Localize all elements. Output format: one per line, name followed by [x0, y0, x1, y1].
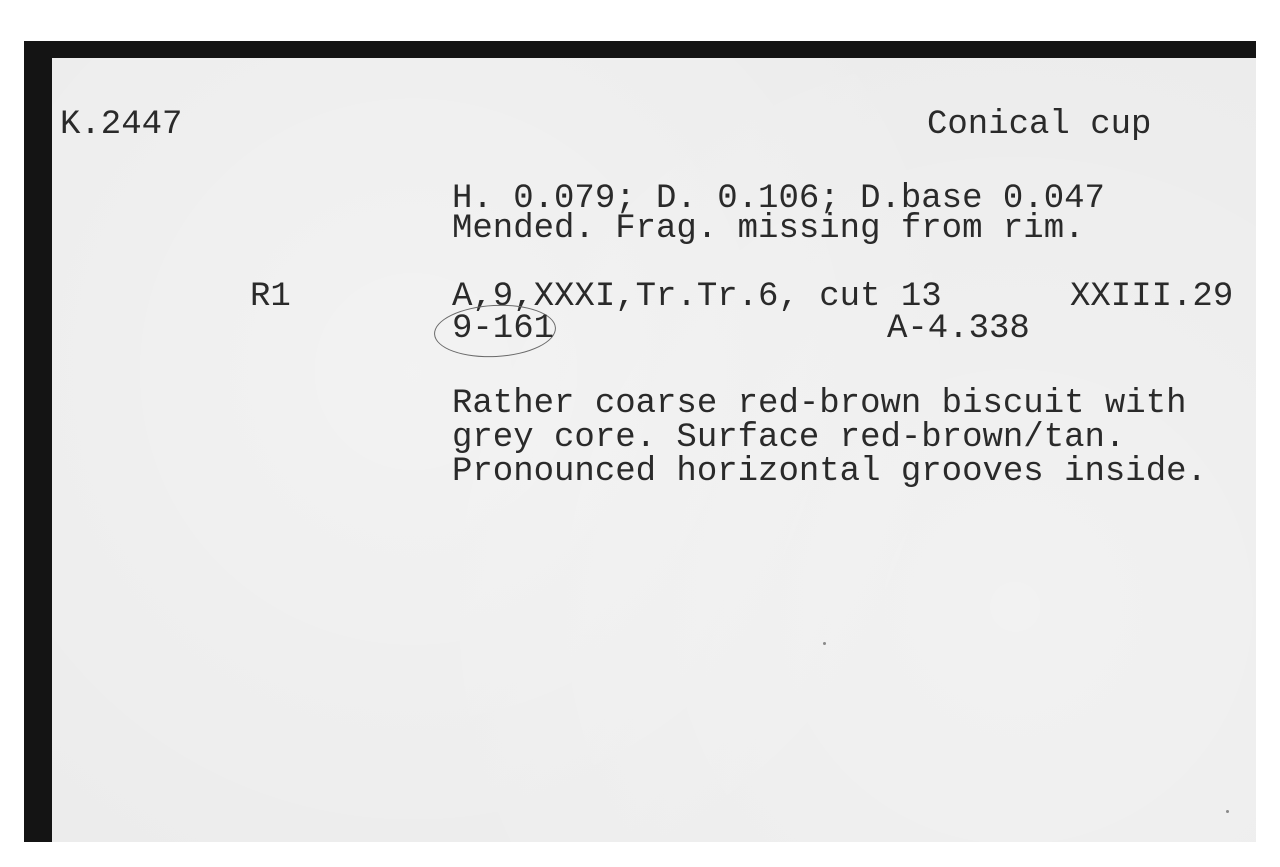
description-line: Pronounced horizontal grooves inside. [452, 455, 1207, 489]
field-number: 9-161 [452, 312, 554, 346]
room-code: R1 [250, 280, 291, 314]
description-line: Rather coarse red-brown biscuit with [452, 387, 1187, 421]
date-code: XXIII.29 [1070, 280, 1233, 314]
paper-speck [823, 642, 826, 645]
condition: Mended. Frag. missing from rim. [452, 212, 1085, 246]
description-line: grey core. Surface red-brown/tan. [452, 421, 1125, 455]
paper-speck [1226, 810, 1229, 813]
catalog-number: K.2447 [60, 108, 182, 142]
object-type: Conical cup [927, 108, 1151, 142]
inventory-number: A-4.338 [887, 312, 1030, 346]
